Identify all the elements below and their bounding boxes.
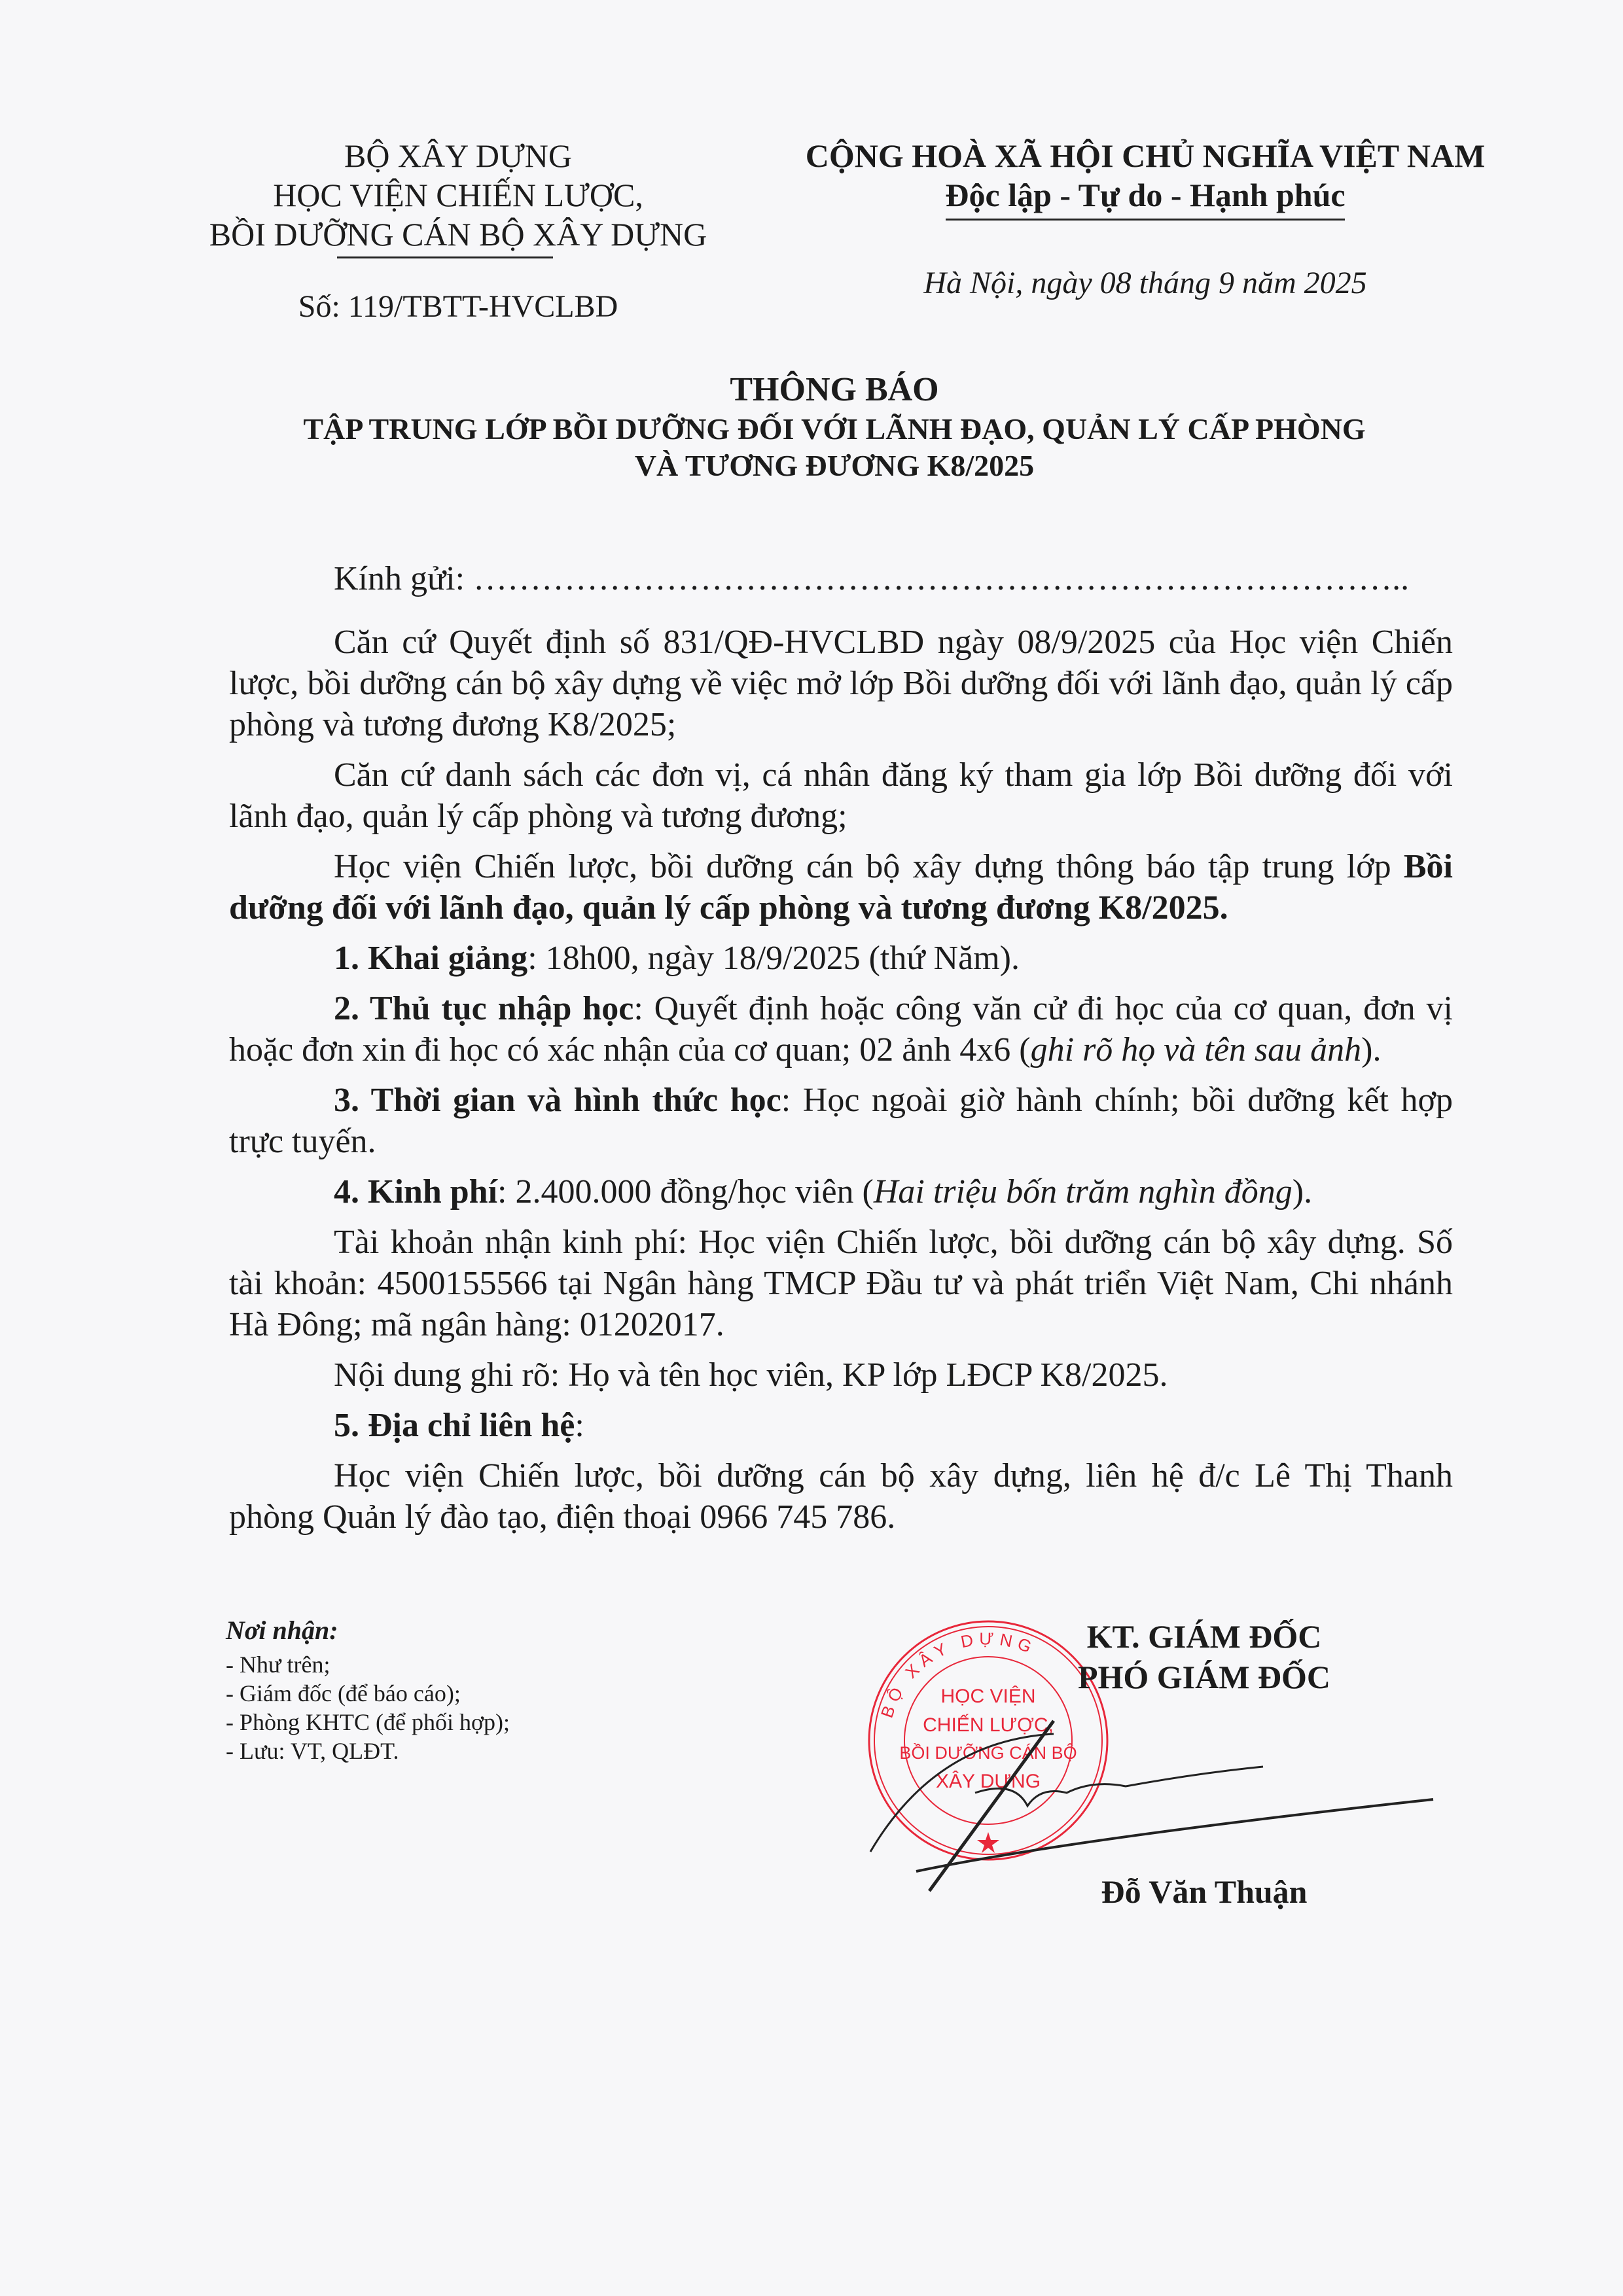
item-enrollment: 2. Thủ tục nhập học: Quyết định hoặc côn… — [229, 988, 1453, 1070]
document-body: Căn cứ Quyết định số 831/QĐ-HVCLBD ngày … — [229, 622, 1453, 1547]
item4-text: : 2.400.000 đồng/học viên ( — [497, 1173, 874, 1210]
recipients-title: Nơi nhận: — [226, 1616, 510, 1645]
announcement-text: Học viện Chiến lược, bồi dưỡng cán bộ xâ… — [334, 848, 1404, 885]
document-number: Số: 119/TBTT-HVCLBD — [170, 287, 746, 327]
basis-paragraph-2: Căn cứ danh sách các đơn vị, cá nhân đăn… — [229, 754, 1453, 837]
item-opening: 1. Khai giảng: 18h00, ngày 18/9/2025 (th… — [229, 938, 1453, 979]
document-title: THÔNG BÁO TẬP TRUNG LỚP BỒI DƯỠNG ĐỐI VỚ… — [196, 372, 1472, 484]
recipient-item: - Giám đốc (để báo cáo); — [226, 1679, 510, 1708]
item1-label: 1. Khai giảng — [334, 940, 527, 977]
handwritten-signature-icon — [857, 1701, 1446, 1898]
item4-italic: Hai triệu bốn trăm nghìn đồng — [874, 1173, 1293, 1210]
item-schedule: 3. Thời gian và hình thức học: Học ngoài… — [229, 1080, 1453, 1162]
title-sub-line1: TẬP TRUNG LỚP BỒI DƯỠNG ĐỐI VỚI LÃNH ĐẠO… — [196, 411, 1472, 448]
signer-name: Đỗ Văn Thuận — [982, 1873, 1427, 1911]
item2-italic: ghi rõ họ và tên sau ảnh — [1031, 1031, 1362, 1069]
place-date: Hà Nội, ngày 08 tháng 9 năm 2025 — [759, 264, 1531, 303]
nation-name: CỘNG HOÀ XÃ HỘI CHỦ NGHĨA VIỆT NAM — [759, 136, 1531, 175]
ministry-name: BỘ XÂY DỰNG — [170, 136, 746, 175]
signature-block: KT. GIÁM ĐỐC PHÓ GIÁM ĐỐC — [982, 1616, 1427, 1697]
recipient-line: Kính gửi: ……………………………………………………………………….. — [334, 559, 1409, 598]
item2-end: ). — [1361, 1031, 1381, 1069]
recipient-item: - Phòng KHTC (để phối hợp); — [226, 1708, 510, 1737]
item4-end: ). — [1293, 1173, 1312, 1210]
item2-label: 2. Thủ tục nhập học — [334, 990, 633, 1027]
announcement-paragraph: Học viện Chiến lược, bồi dưỡng cán bộ xâ… — [229, 846, 1453, 928]
contact-paragraph: Học viện Chiến lược, bồi dưỡng cán bộ xâ… — [229, 1455, 1453, 1538]
national-header: CỘNG HOÀ XÃ HỘI CHỦ NGHĨA VIỆT NAM Độc l… — [759, 136, 1531, 303]
recipient-blank: ……………………………………………………………………….. — [473, 560, 1409, 597]
item3-label: 3. Thời gian và hình thức học — [334, 1082, 781, 1119]
item5-colon: : — [575, 1407, 584, 1444]
item-fee: 4. Kinh phí: 2.400.000 đồng/học viên (Ha… — [229, 1171, 1453, 1212]
item1-text: : 18h00, ngày 18/9/2025 (thứ Năm). — [527, 940, 1020, 977]
issuing-authority-header: BỘ XÂY DỰNG HỌC VIỆN CHIẾN LƯỢC, BỒI DƯỠ… — [170, 136, 746, 327]
transfer-note: Nội dung ghi rõ: Họ và tên học viên, KP … — [229, 1354, 1453, 1396]
header-underline — [337, 256, 553, 258]
signer-position: PHÓ GIÁM ĐỐC — [982, 1657, 1427, 1697]
institute-name-line2: BỒI DƯỠNG CÁN BỘ XÂY DỰNG — [170, 215, 746, 254]
recipient-item: - Lưu: VT, QLĐT. — [226, 1737, 510, 1765]
title-main: THÔNG BÁO — [196, 372, 1472, 408]
item4-label: 4. Kinh phí — [334, 1173, 497, 1210]
national-motto: Độc lập - Tự do - Hạnh phúc — [945, 175, 1345, 215]
signer-authority: KT. GIÁM ĐỐC — [982, 1616, 1427, 1657]
title-sub-line2: VÀ TƯƠNG ĐƯƠNG K8/2025 — [196, 448, 1472, 484]
motto-underline — [946, 219, 1345, 221]
bank-account-paragraph: Tài khoản nhận kinh phí: Học viện Chiến … — [229, 1222, 1453, 1345]
item-contact-heading: 5. Địa chỉ liên hệ: — [229, 1405, 1453, 1446]
recipient-label: Kính gửi: — [334, 560, 465, 597]
basis-paragraph-1: Căn cứ Quyết định số 831/QĐ-HVCLBD ngày … — [229, 622, 1453, 745]
item5-label: 5. Địa chỉ liên hệ — [334, 1407, 575, 1444]
institute-name-line1: HỌC VIỆN CHIẾN LƯỢC, — [170, 175, 746, 215]
document-page: BỘ XÂY DỰNG HỌC VIỆN CHIẾN LƯỢC, BỒI DƯỠ… — [0, 0, 1623, 2296]
recipient-item: - Như trên; — [226, 1650, 510, 1679]
recipients-list: Nơi nhận: - Như trên; - Giám đốc (để báo… — [226, 1616, 510, 1765]
